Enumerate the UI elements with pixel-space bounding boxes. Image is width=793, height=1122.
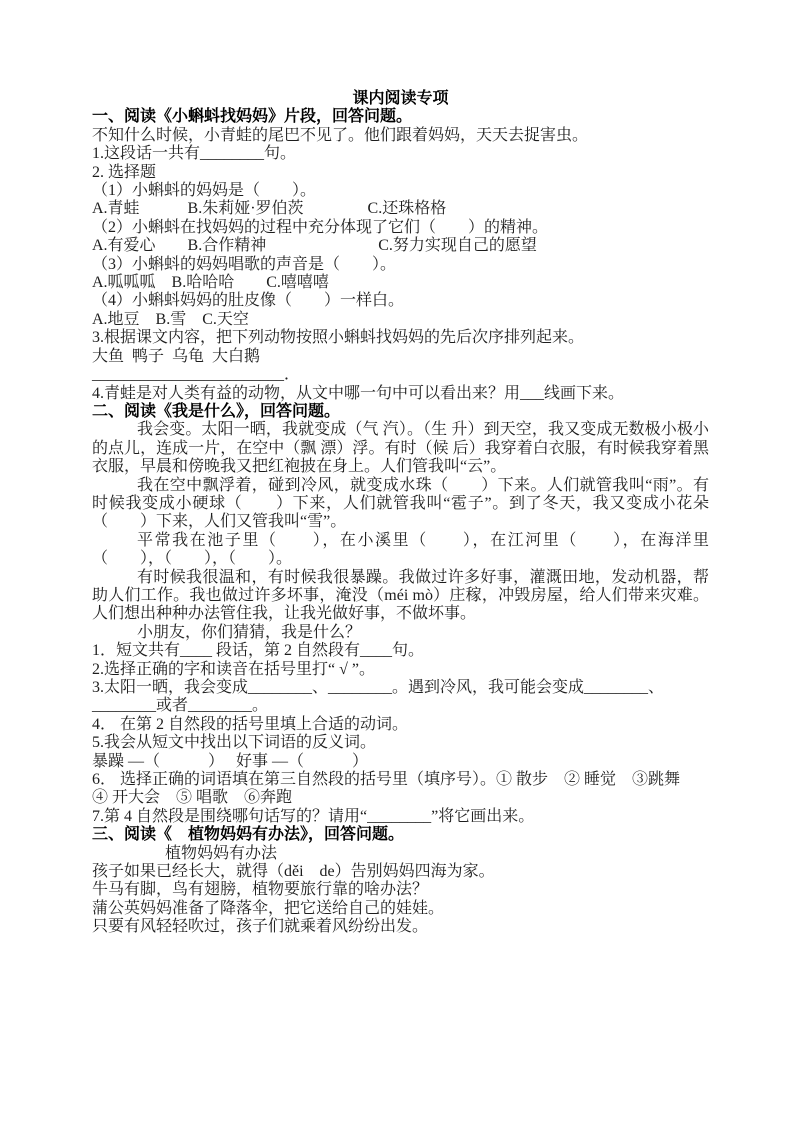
poem-line-2: 牛马有脚，鸟有翅膀，植物要旅行靠的啥办法？ xyxy=(92,881,709,899)
s2-question-5: 5.我会从短文中找出以下词语的反义词。 xyxy=(92,734,709,752)
s1-question-4: 4.青蛙是对人类有益的动物，从文中哪一句中可以看出来？用___线画下来。 xyxy=(92,385,709,403)
s1-question-2-3-options: A.呱呱呱 B.哈哈哈 C.嘻嘻嘻 xyxy=(92,274,709,292)
s2-paragraph-4: 有时候我很温和，有时候我很暴躁。我做过许多好事，灌溉田地，发动机器，帮助人们工作… xyxy=(92,569,709,624)
s2-paragraph-3: 平常我在池子里（ ），在小溪里（ ），在江河里（ ），在海洋里（ ），（ ），（… xyxy=(92,532,709,569)
document-content: 课内阅读专项 一、阅读《小蝌蚪找妈妈》片段，回答问题。 不知什么时候，小青蛙的尾… xyxy=(92,90,709,937)
s2-question-4: 4． 在第 2 自然段的括号里填上合适的动词。 xyxy=(92,716,709,734)
s1-question-2-4-options: A.地豆 B.雪 C.天空 xyxy=(92,311,709,329)
document-page: 课内阅读专项 一、阅读《小蝌蚪找妈妈》片段，回答问题。 不知什么时候，小青蛙的尾… xyxy=(0,0,793,1122)
section1-passage: 不知什么时候，小青蛙的尾巴不见了。他们跟着妈妈，天天去捉害虫。 xyxy=(92,127,709,145)
s1-question-2-2: （2）小蝌蚪在找妈妈的过程中充分体现了它们（ ）的精神。 xyxy=(92,219,709,237)
s2-paragraph-2: 我在空中飘浮着，碰到冷风，就变成水珠（ ）下来。人们就管我叫“雨”。有时候我变成… xyxy=(92,477,709,532)
s1-question-3: 3.根据课文内容，把下列动物按照小蝌蚪找妈妈的先后次序排列起来。 xyxy=(92,329,709,347)
s1-question-2-2-options: A.有爱心 B.合作精神 C.努力实现自己的愿望 xyxy=(92,237,709,255)
s2-paragraph-5: 小朋友，你们猜猜，我是什么？ xyxy=(92,624,709,642)
s1-question-1: 1.这段话一共有________句。 xyxy=(92,145,709,163)
s1-question-2-1: （1）小蝌蚪的妈妈是（ ）。 xyxy=(92,182,709,200)
s2-question-5-pairs: 暴躁 —（ ） 好事 —（ ） xyxy=(92,753,709,771)
poem-line-1: 孩子如果已经长大，就得（děi de）告别妈妈四海为家。 xyxy=(92,863,709,881)
section1-heading: 一、阅读《小蝌蚪找妈妈》片段，回答问题。 xyxy=(92,108,709,126)
s1-question-3-animals: 大鱼 鸭子 乌龟 大白鹅 xyxy=(92,348,709,366)
poem-line-4: 只要有风轻轻吹过，孩子们就乘着风纷纷出发。 xyxy=(92,918,709,936)
s2-question-3: 3.太阳一晒，我会变成________、________。遇到冷风，我可能会变成… xyxy=(92,679,709,716)
s1-question-3-answer-line: ________________________． xyxy=(92,366,709,384)
s2-question-1: 1．短文共有____ 段话，第 2 自然段有____句。 xyxy=(92,642,709,660)
poem-line-3: 蒲公英妈妈准备了降落伞，把它送给自己的娃娃。 xyxy=(92,900,709,918)
s2-question-2: 2.选择正确的字和读音在括号里打“ √ ”。 xyxy=(92,661,709,679)
s2-question-6: 6． 选择正确的词语填在第三自然段的括号里（填序号）。① 散步 ② 睡觉 ③跳舞… xyxy=(92,771,709,808)
s2-paragraph-1: 我会变。太阳一晒，我就变成（气 汽）。（生 升）到天空，我又变成无数极小极小的点… xyxy=(92,421,709,476)
section3-heading: 三、阅读《 植物妈妈有办法》，回答问题。 xyxy=(92,826,709,844)
page-title: 课内阅读专项 xyxy=(92,90,709,108)
s1-question-2: 2. 选择题 xyxy=(92,164,709,182)
s2-question-7: 7.第 4 自然段是围绕哪句话写的？请用“________”将它画出来。 xyxy=(92,808,709,826)
poem-title: 植物妈妈有办法 xyxy=(92,845,709,863)
s1-question-2-3: （3）小蝌蚪的妈妈唱歌的声音是（ ）。 xyxy=(92,256,709,274)
s1-question-2-4: （4）小蝌蚪妈妈的肚皮像（ ）一样白。 xyxy=(92,292,709,310)
s1-question-2-1-options: A.青蛙 B.朱莉娅·罗伯茨 C.还珠格格 xyxy=(92,200,709,218)
section2-heading: 二、阅读《我是什么》，回答问题。 xyxy=(92,403,709,421)
